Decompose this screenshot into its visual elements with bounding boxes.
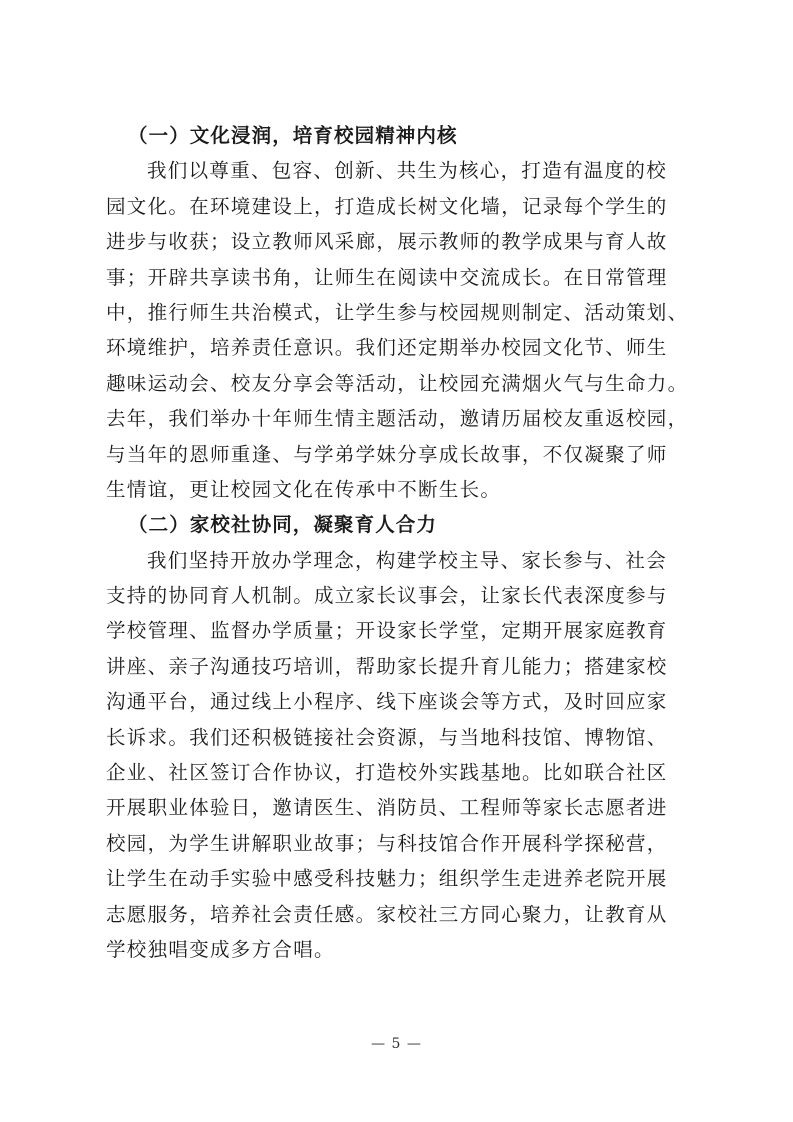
paragraph-line: 开展职业体验日，邀请医生、消防员、工程师等家长志愿者进 [106,790,692,825]
paragraph-line: 生情谊，更让校园文化在传承中不断生长。 [106,472,692,507]
paragraph-line: 志愿服务，培养社会责任感。家校社三方同心聚力，让教育从 [106,897,692,932]
paragraph-line: 长诉求。我们还积极链接社会资源，与当地科技馆、博物馆、 [106,720,692,755]
paragraph-line: 企业、社区签订合作协议，打造校外实践基地。比如联合社区 [106,755,692,790]
document-page: （一）文化浸润，培育校园精神内核 我们以尊重、包容、创新、共生为核心，打造有温度… [106,118,692,967]
paragraph-line: 学校管理、监督办学质量；开设家长学堂，定期开展家庭教育 [106,613,692,648]
paragraph-line: 支持的协同育人机制。成立家长议事会，让家长代表深度参与 [106,578,692,613]
paragraph-line: 校园，为学生讲解职业故事；与科技馆合作开展科学探秘营， [106,826,692,861]
paragraph-line: 与当年的恩师重逢、与学弟学妹分享成长故事，不仅凝聚了师 [106,437,692,472]
paragraph-line: 我们以尊重、包容、创新、共生为核心，打造有温度的校 [106,153,692,188]
paragraph-line: 去年，我们举办十年师生情主题活动，邀请历届校友重返校园， [106,401,692,436]
paragraph-line: 讲座、亲子沟通技巧培训，帮助家长提升育儿能力；搭建家校 [106,649,692,684]
paragraph-line: 事；开辟共享读书角，让师生在阅读中交流成长。在日常管理 [106,260,692,295]
paragraph-line: 我们坚持开放办学理念，构建学校主导、家长参与、社会 [106,543,692,578]
section-heading: （二）家校社协同，凝聚育人合力 [106,507,692,542]
page-number: — 5 — [0,1036,793,1052]
paragraph-line: 进步与收获；设立教师风采廊，展示教师的教学成果与育人故 [106,224,692,259]
paragraph-line: 沟通平台，通过线上小程序、线下座谈会等方式，及时回应家 [106,684,692,719]
section-heading: （一）文化浸润，培育校园精神内核 [106,118,692,153]
paragraph-line: 学校独唱变成多方合唱。 [106,932,692,967]
paragraph-line: 让学生在动手实验中感受科技魅力；组织学生走进养老院开展 [106,861,692,896]
paragraph-line: 环境维护，培养责任意识。我们还定期举办校园文化节、师生 [106,330,692,365]
paragraph-line: 园文化。在环境建设上，打造成长树文化墙，记录每个学生的 [106,189,692,224]
paragraph-line: 中，推行师生共治模式，让学生参与校园规则制定、活动策划、 [106,295,692,330]
paragraph-line: 趣味运动会、校友分享会等活动，让校园充满烟火气与生命力。 [106,366,692,401]
